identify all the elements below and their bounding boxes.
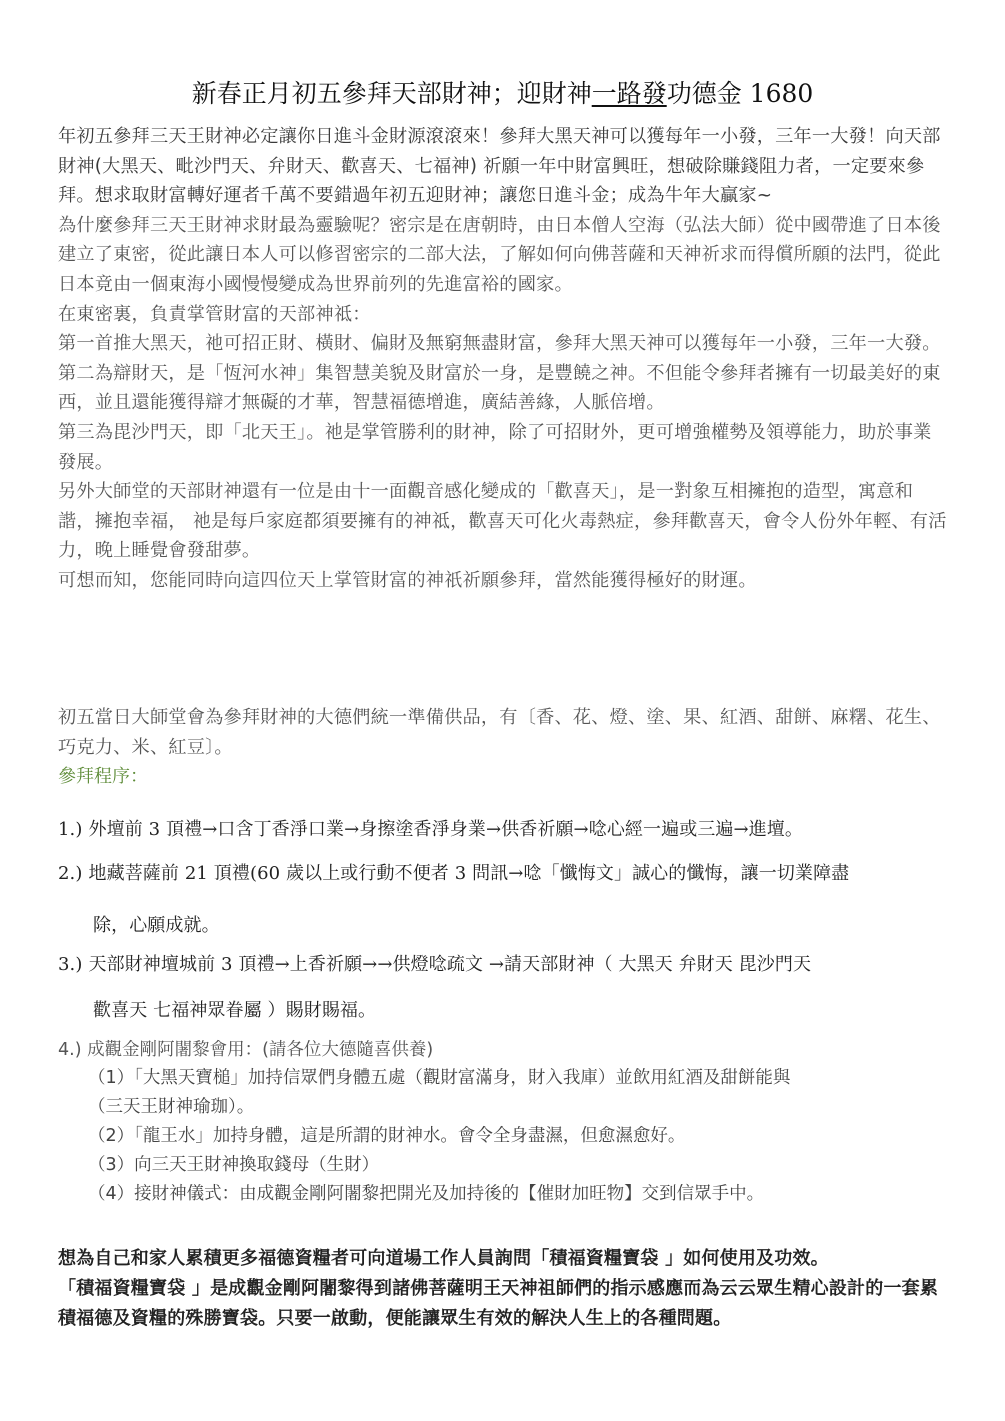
step-text: 外壇前 3 頂禮→口含丁香淨口業→身擦塗香淨身業→供香祈願→唸心經一遍或三遍→進… [89, 819, 804, 840]
sub-item: （3）向三天王財神換取錢母（生財） [88, 1151, 948, 1180]
intro-section: 年初五參拜三天王財神必定讓你日進斗金財源滾滾來！參拜大黑天神可以獲每年一小發，三… [58, 122, 948, 596]
document-page: 新春正月初五參拜天部財神；迎財神一路發功德金 1680 年初五參拜三天王財神必定… [0, 0, 1005, 1421]
step-number: 1.) [58, 819, 83, 840]
procedure-step-2: 2.)地藏菩薩前 21 頂禮(60 歲以上或行動不便者 3 問訊→唸「懺悔文」誠… [58, 860, 948, 948]
procedure-step-3: 3.)天部財神壇城前 3 頂禮→上香祈願→→供燈唸疏文 →請天部財神（ 大黑天 … [58, 951, 948, 1022]
step-text: 地藏菩薩前 21 頂禮(60 歲以上或行動不便者 3 問訊→唸「懺悔文」誠心的懺… [89, 863, 850, 884]
step-text: 天部財神壇城前 3 頂禮→上香祈願→→供燈唸疏文 →請天部財神（ 大黑天 弁財天… [89, 954, 812, 975]
title-prefix: 新春正月初五參拜天部財神；迎財神 [192, 79, 592, 108]
sub-item: （4）接財神儀式：由成觀金剛阿闍黎把開光及加持後的【催財加旺物】交到信眾手中。 [88, 1180, 948, 1209]
step-number: 4.) [58, 1040, 82, 1060]
intro-paragraph: 可想而知，您能同時向這四位天上掌管財富的神祇祈願參拜，當然能獲得極好的財運。 [58, 566, 948, 596]
step-number: 2.) [58, 863, 83, 884]
intro-paragraph: 另外大師堂的天部財神還有一位是由十一面觀音感化變成的「歡喜天」，是一對象互相擁抱… [58, 477, 948, 566]
intro-paragraph: 年初五參拜三天王財神必定讓你日進斗金財源滾滾來！參拜大黑天神可以獲每年一小發，三… [58, 122, 948, 211]
offering-paragraph: 初五當日大師堂會為參拜財神的大德們統一準備供品，有〔香、花、燈、塗、果、紅酒、甜… [58, 703, 948, 762]
step-text-continued: 除，心願成就。 [58, 904, 948, 948]
closing-paragraph: 「積福資糧寶袋 」是成觀金剛阿闍黎得到諸佛菩薩明王天神祖師們的指示感應而為云云眾… [58, 1274, 948, 1334]
step-4-sub-list: （1）「大黑天寶槌」加持信眾們身體五處（觀財富滿身，財入我庫）並飲用紅酒及甜餅能… [88, 1064, 948, 1209]
intro-paragraph: 第一首推大黑天，祂可招正財、橫財、偏財及無窮無盡財富，參拜大黑天神可以獲每年一小… [58, 329, 948, 359]
title-suffix: 功德金 1680 [667, 79, 814, 108]
intro-paragraph: 為什麼參拜三天王財神求財最為靈驗呢？密宗是在唐朝時，由日本僧人空海（弘法大師）從… [58, 211, 948, 300]
intro-paragraph: 第三為毘沙門天，即「北天王」。祂是掌管勝利的財神，除了可招財外，更可增強權勢及領… [58, 418, 948, 477]
step-text-continued: 歡喜天 七福神眾眷屬 ）賜財賜福。 [58, 996, 948, 1022]
title-underlined: 一路發 [592, 79, 667, 108]
procedure-step-1: 1.)外壇前 3 頂禮→口含丁香淨口業→身擦塗香淨身業→供香祈願→唸心經一遍或三… [58, 815, 948, 841]
intro-paragraph: 在東密裏，負責掌管財富的天部神祗： [58, 300, 948, 330]
offering-text: 初五當日大師堂會為參拜財神的大德們統一準備供品，有〔香、花、燈、塗、果、紅酒、甜… [58, 703, 948, 762]
procedure-heading: 參拜程序： [58, 762, 148, 788]
sub-item: （2）「龍王水」加持身體，這是所謂的財神水。會令全身盡濕，但愈濕愈好。 [88, 1122, 948, 1151]
page-title: 新春正月初五參拜天部財神；迎財神一路發功德金 1680 [0, 74, 1005, 110]
closing-paragraph: 想為自己和家人累積更多福德資糧者可向道場工作人員詢問「積福資糧寶袋 」如何使用及… [58, 1244, 948, 1274]
sub-item: （1）「大黑天寶槌」加持信眾們身體五處（觀財富滿身，財入我庫）並飲用紅酒及甜餅能… [88, 1064, 948, 1093]
sub-item-continued: （三天王財神瑜珈）。 [88, 1093, 948, 1122]
step-text: 成觀金剛阿闍黎會用：(請各位大德隨喜供養) [87, 1040, 433, 1060]
procedure-step-4: 4.) 成觀金剛阿闍黎會用：(請各位大德隨喜供養) [58, 1036, 948, 1061]
step-number: 3.) [58, 954, 83, 975]
intro-paragraph: 第二為辯財天，是「恆河水神」集智慧美貌及財富於一身，是豐饒之神。不但能令參拜者擁… [58, 359, 948, 418]
closing-section: 想為自己和家人累積更多福德資糧者可向道場工作人員詢問「積福資糧寶袋 」如何使用及… [58, 1244, 948, 1334]
